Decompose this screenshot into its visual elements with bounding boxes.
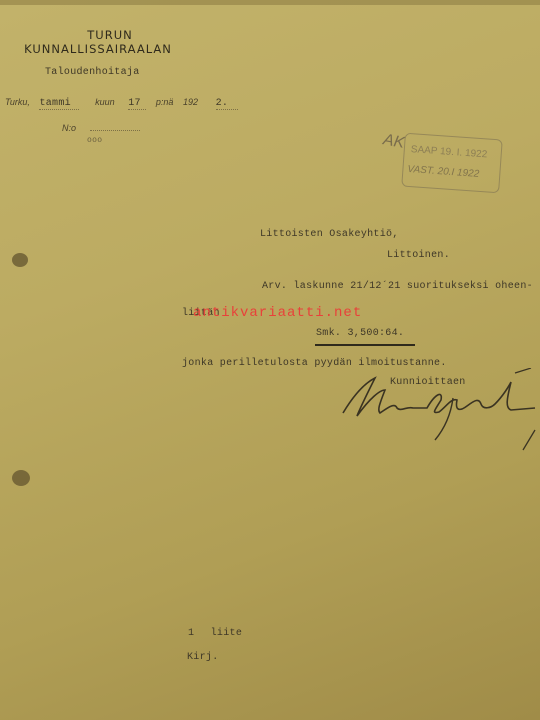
signature: [335, 368, 540, 458]
dateline-kuun: kuun: [95, 97, 115, 107]
watermark: antikvariaatti.net: [193, 305, 362, 321]
stamp-reply-date: VAST. 20.I 1922: [407, 164, 480, 180]
department-title: Taloudenhoitaja: [45, 67, 140, 78]
footer-kirj: Kirj.: [187, 652, 219, 663]
dateline-day: 17: [128, 98, 146, 110]
amount-underline: [315, 344, 415, 346]
number-field: N:o: [62, 118, 140, 136]
letterhead-line1: TURUN: [60, 28, 160, 42]
punch-hole-bottom: [12, 470, 30, 486]
dateline-year: 2.: [216, 98, 238, 110]
enclosure: 1 liite: [188, 628, 242, 639]
body-line1: Arv. laskunne 21/12´21 suoritukseksi ohe…: [262, 281, 533, 292]
dateline: Turku, tammi kuun 17 p:nä 192 2.: [5, 92, 238, 110]
dateline-month: tammi: [39, 98, 79, 110]
punch-hole-top: [12, 253, 28, 267]
number-mark: ooo: [87, 136, 102, 145]
stamp-received-date: SAAP 19. I. 1922: [410, 144, 487, 160]
dateline-year-prefix: 192: [183, 97, 198, 107]
recipient-company: Littoisten Osakeyhtiö,: [260, 229, 399, 240]
initials-mark: AK: [382, 131, 406, 152]
recipient-place: Littoinen.: [387, 250, 450, 261]
enclosure-count: 1: [188, 628, 194, 639]
letterhead-line2: KUNNALLISSAIRAALAN: [18, 42, 178, 56]
dateline-pna: p:nä: [156, 97, 174, 107]
number-line: [90, 130, 140, 131]
dateline-city: Turku,: [5, 97, 30, 107]
enclosure-label: liite: [211, 628, 243, 639]
received-stamp: SAAP 19. I. 1922 VAST. 20.I 1922: [401, 133, 503, 194]
number-label: N:o: [62, 123, 76, 133]
amount: Smk. 3,500:64.: [316, 328, 404, 339]
paper-top-edge: [0, 0, 540, 5]
